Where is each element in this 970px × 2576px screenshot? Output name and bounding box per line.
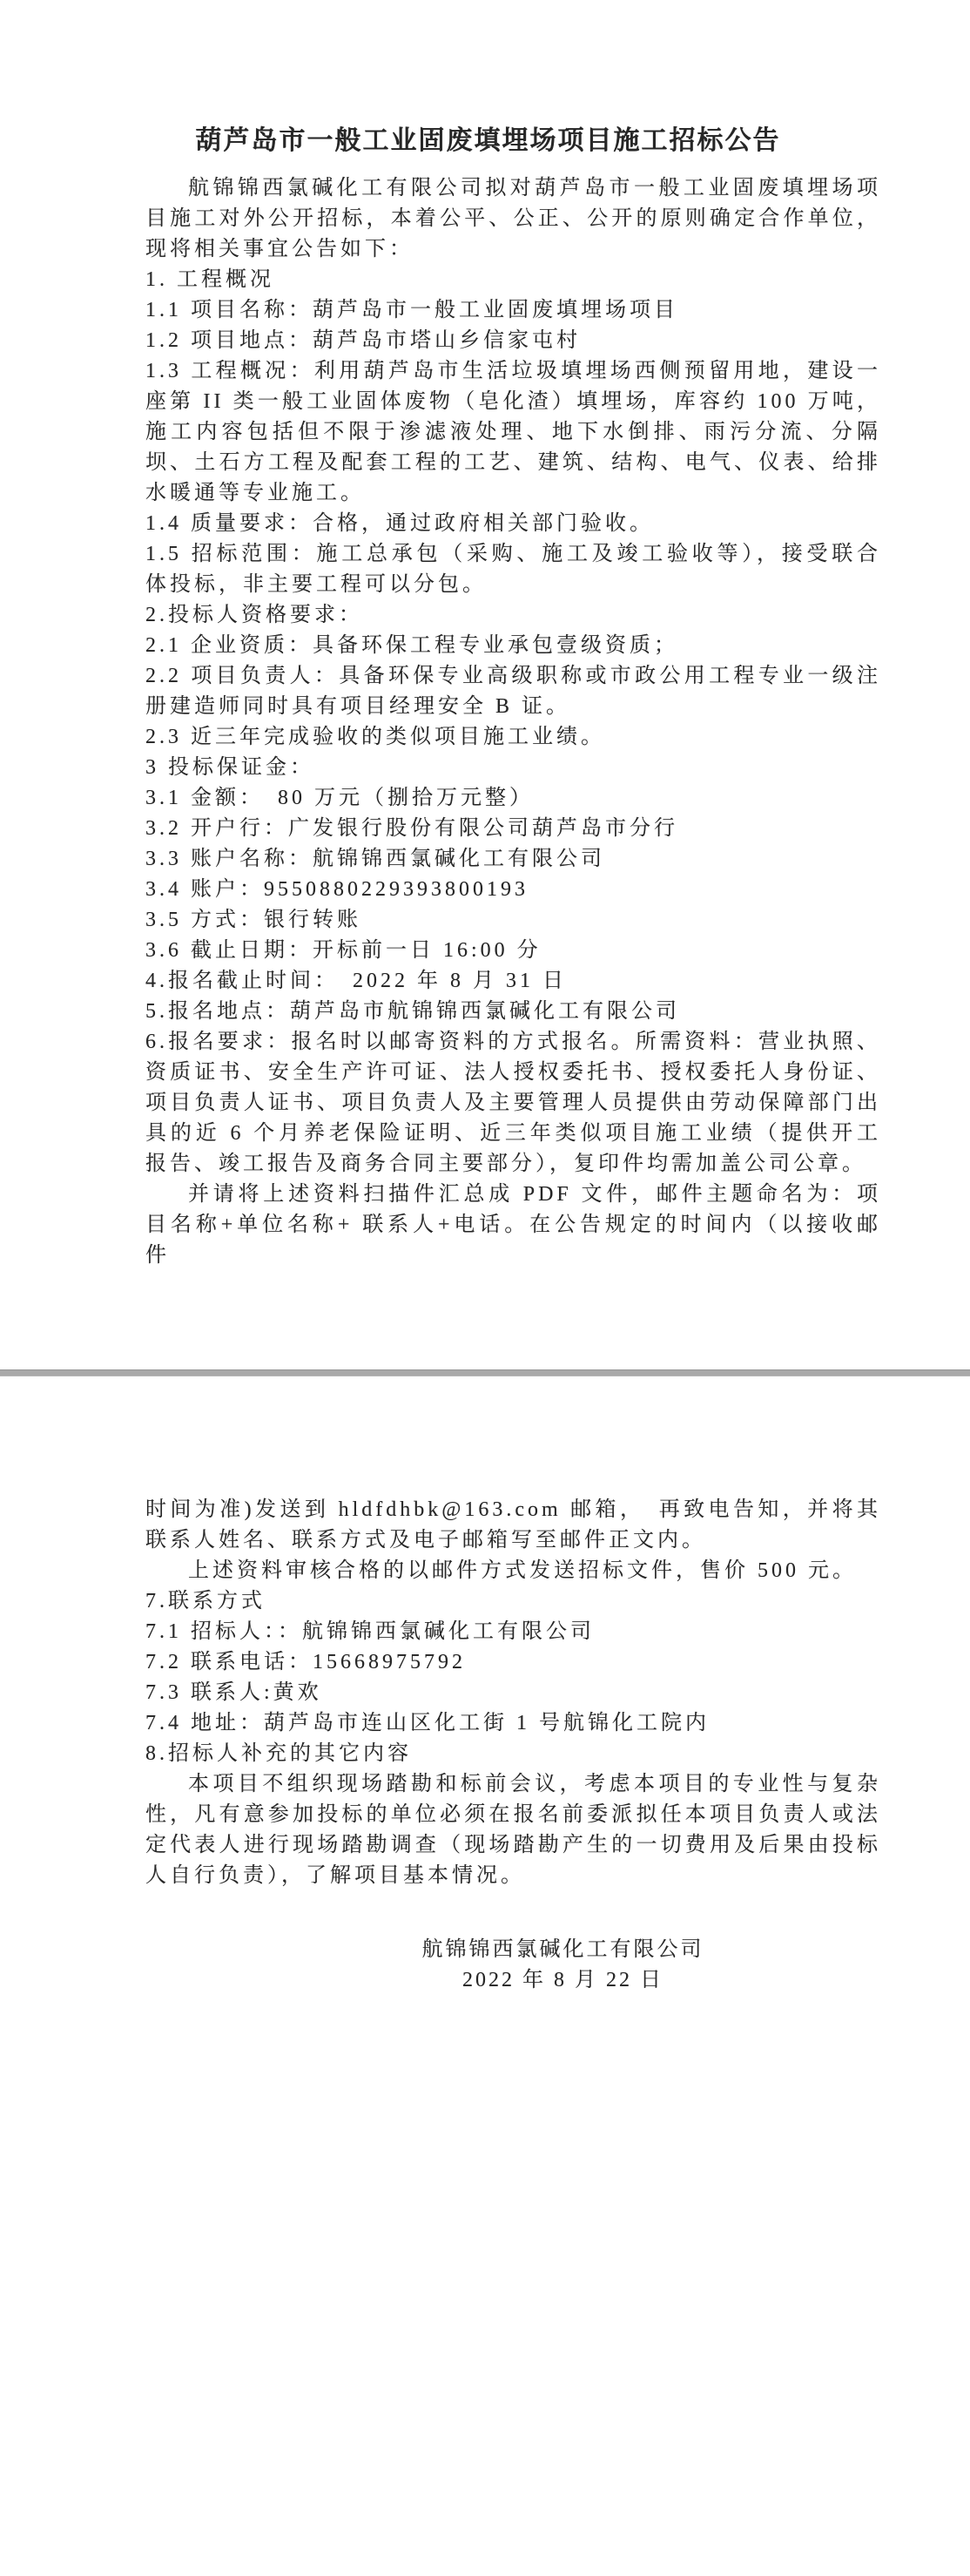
- paragraph: 7.4 地址：葫芦岛市连山区化工街 1 号航锦化工院内: [145, 1708, 881, 1739]
- document-viewer: { "colors": { "page_background": "#fffff…: [0, 0, 970, 2576]
- paragraph: 3.6 截止日期：开标前一日 16:00 分: [145, 936, 881, 966]
- paragraph: 3.4 账户：9550880229393800193: [145, 875, 881, 905]
- paragraph: 2.2 项目负责人：具备环保专业高级职称或市政公用工程专业一级注册建造师同时具有…: [145, 661, 881, 722]
- page-divider: [0, 1369, 970, 1376]
- document-page-2: 时间为准)发送到 hldfdhbk@163.com 邮箱， 再致电告知，并将其联…: [145, 1495, 881, 1996]
- paragraph: 1.4 质量要求：合格，通过政府相关部门验收。: [145, 509, 881, 539]
- paragraph: 3 投标保证金：: [145, 753, 881, 783]
- paragraph: 本项目不组织现场踏勘和标前会议，考虑本项目的专业性与复杂性，凡有意参加投标的单位…: [145, 1769, 881, 1891]
- page-1-body: 航锦锦西氯碱化工有限公司拟对葫芦岛市一般工业固废填埋场项目施工对外公开招标，本着…: [145, 173, 881, 1271]
- document-page-1: 葫芦岛市一般工业固废填埋场项目施工招标公告 航锦锦西氯碱化工有限公司拟对葫芦岛市…: [145, 122, 881, 1271]
- paragraph: 4.报名截止时间： 2022 年 8 月 31 日: [145, 966, 881, 997]
- paragraph: 7.联系方式: [145, 1586, 881, 1617]
- paragraph: 3.3 账户名称：航锦锦西氯碱化工有限公司: [145, 844, 881, 875]
- paragraph: 1.1 项目名称：葫芦岛市一般工业固废填埋场项目: [145, 295, 881, 326]
- paragraph: 1.2 项目地点：葫芦岛市塔山乡信家屯村: [145, 326, 881, 356]
- paragraph: 7.1 招标人：：航锦锦西氯碱化工有限公司: [145, 1617, 881, 1647]
- signature-date: 2022 年 8 月 22 日: [245, 1965, 881, 1996]
- paragraph: 6.报名要求：报名时以邮寄资料的方式报名。所需资料：营业执照、资质证书、安全生产…: [145, 1027, 881, 1180]
- paragraph: 8.招标人补充的其它内容: [145, 1739, 881, 1769]
- paragraph: 2.3 近三年完成验收的类似项目施工业绩。: [145, 722, 881, 753]
- paragraph: 2.投标人资格要求：: [145, 600, 881, 631]
- paragraph: 上述资料审核合格的以邮件方式发送招标文件，售价 500 元。: [145, 1556, 881, 1586]
- paragraph: 1.3 工程概况：利用葫芦岛市生活垃圾填埋场西侧预留用地，建设一座第 II 类一…: [145, 356, 881, 509]
- paragraph: 7.3 联系人:黄欢: [145, 1678, 881, 1708]
- document-title: 葫芦岛市一般工业固废填埋场项目施工招标公告: [145, 122, 831, 160]
- signature-company: 航锦锦西氯碱化工有限公司: [245, 1935, 881, 1965]
- paragraph: 航锦锦西氯碱化工有限公司拟对葫芦岛市一般工业固废填埋场项目施工对外公开招标，本着…: [145, 173, 881, 265]
- paragraph: 3.5 方式：银行转账: [145, 905, 881, 936]
- paragraph: 并请将上述资料扫描件汇总成 PDF 文件，邮件主题命名为：项目名称+单位名称+ …: [145, 1180, 881, 1271]
- paragraph: 5.报名地点：葫芦岛市航锦锦西氯碱化工有限公司: [145, 997, 881, 1027]
- paragraph: 1.5 招标范围：施工总承包（采购、施工及竣工验收等），接受联合体投标，非主要工…: [145, 539, 881, 600]
- paragraph: 7.2 联系电话：15668975792: [145, 1647, 881, 1678]
- page-2-body: 时间为准)发送到 hldfdhbk@163.com 邮箱， 再致电告知，并将其联…: [145, 1495, 881, 1891]
- paragraph: 3.2 开户行：广发银行股份有限公司葫芦岛市分行: [145, 814, 881, 844]
- signature-block: 航锦锦西氯碱化工有限公司 2022 年 8 月 22 日: [145, 1935, 881, 1996]
- paragraph: 时间为准)发送到 hldfdhbk@163.com 邮箱， 再致电告知，并将其联…: [145, 1495, 881, 1556]
- paragraph: 3.1 金额： 80 万元（捌拾万元整）: [145, 783, 881, 814]
- paragraph: 1. 工程概况: [145, 265, 881, 295]
- paragraph: 2.1 企业资质：具备环保工程专业承包壹级资质；: [145, 631, 881, 661]
